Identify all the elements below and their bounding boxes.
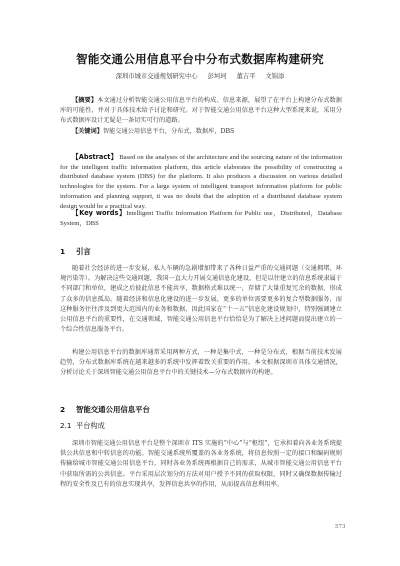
keywords-cn-text: 智能交通公用信息平台，分布式，数据库，DBS — [103, 128, 234, 135]
paragraph: 随着社会经济的进一步发展，私人车辆的急剧增加带来了各种日益严重的交通问题（交通拥… — [60, 264, 342, 335]
subsection-heading: 2.1平台构成 — [60, 421, 105, 431]
abstract-cn: 【摘要】本文通过分析智能交通公用信息平台的构成、信息来源，展望了在平台上构建分布… — [60, 96, 342, 127]
paper-page: 智能交通公用信息平台中分布式数据库构建研究 深圳市城市交通规划研究中心 彭坷珂 … — [0, 0, 400, 566]
author: 彭坷珂 — [208, 73, 227, 80]
paper-title: 智能交通公用信息平台中分布式数据库构建研究 — [0, 51, 400, 67]
section-number: 2 — [60, 405, 76, 414]
paragraph: 构建公用信息平台的数据库通常采用两种方式，一种是集中式，一种是分布式，根据当前技… — [60, 348, 342, 379]
section-title: 智能交通公用信息平台 — [76, 405, 150, 414]
abstract-cn-text: 本文通过分析智能交通公用信息平台的构成、信息来源，展望了在平台上构建分布式数据库… — [60, 97, 342, 124]
author-line: 深圳市城市交通规划研究中心 彭坷珂 董吉平 文锦添 — [0, 71, 400, 80]
affiliation: 深圳市城市交通规划研究中心 — [116, 73, 198, 80]
abstract-en-text: Based on the analyses of the architectur… — [60, 154, 342, 210]
keywords-en-label: 【Key words】 — [72, 209, 126, 217]
abstract-cn-label: 【摘要】 — [72, 97, 97, 104]
subsection-title: 平台构成 — [76, 421, 105, 430]
keywords-cn-label: 【关键词】 — [72, 128, 103, 135]
keywords-en: 【Key words】Intelligent Traffic Informati… — [60, 209, 342, 228]
paragraph: 深圳市智能交通公用信息平台是整个深圳市 ITS 实施的“中心”与“枢纽”，它承担… — [60, 439, 342, 490]
subsection-number: 2.1 — [60, 421, 76, 430]
page-number: 573 — [335, 524, 346, 530]
keywords-cn: 【关键词】智能交通公用信息平台，分布式，数据库，DBS — [60, 127, 342, 137]
author: 文锦添 — [265, 73, 284, 80]
abstract-en: 【Abstract】 Based on the analyses of the … — [60, 153, 342, 211]
abstract-en-label: 【Abstract】 — [72, 153, 117, 161]
section-title: 引言 — [76, 247, 91, 256]
section-heading: 2智能交通公用信息平台 — [60, 404, 150, 415]
section-number: 1 — [60, 247, 76, 256]
author: 董吉平 — [236, 73, 255, 80]
section-heading: 1引言 — [60, 246, 91, 257]
